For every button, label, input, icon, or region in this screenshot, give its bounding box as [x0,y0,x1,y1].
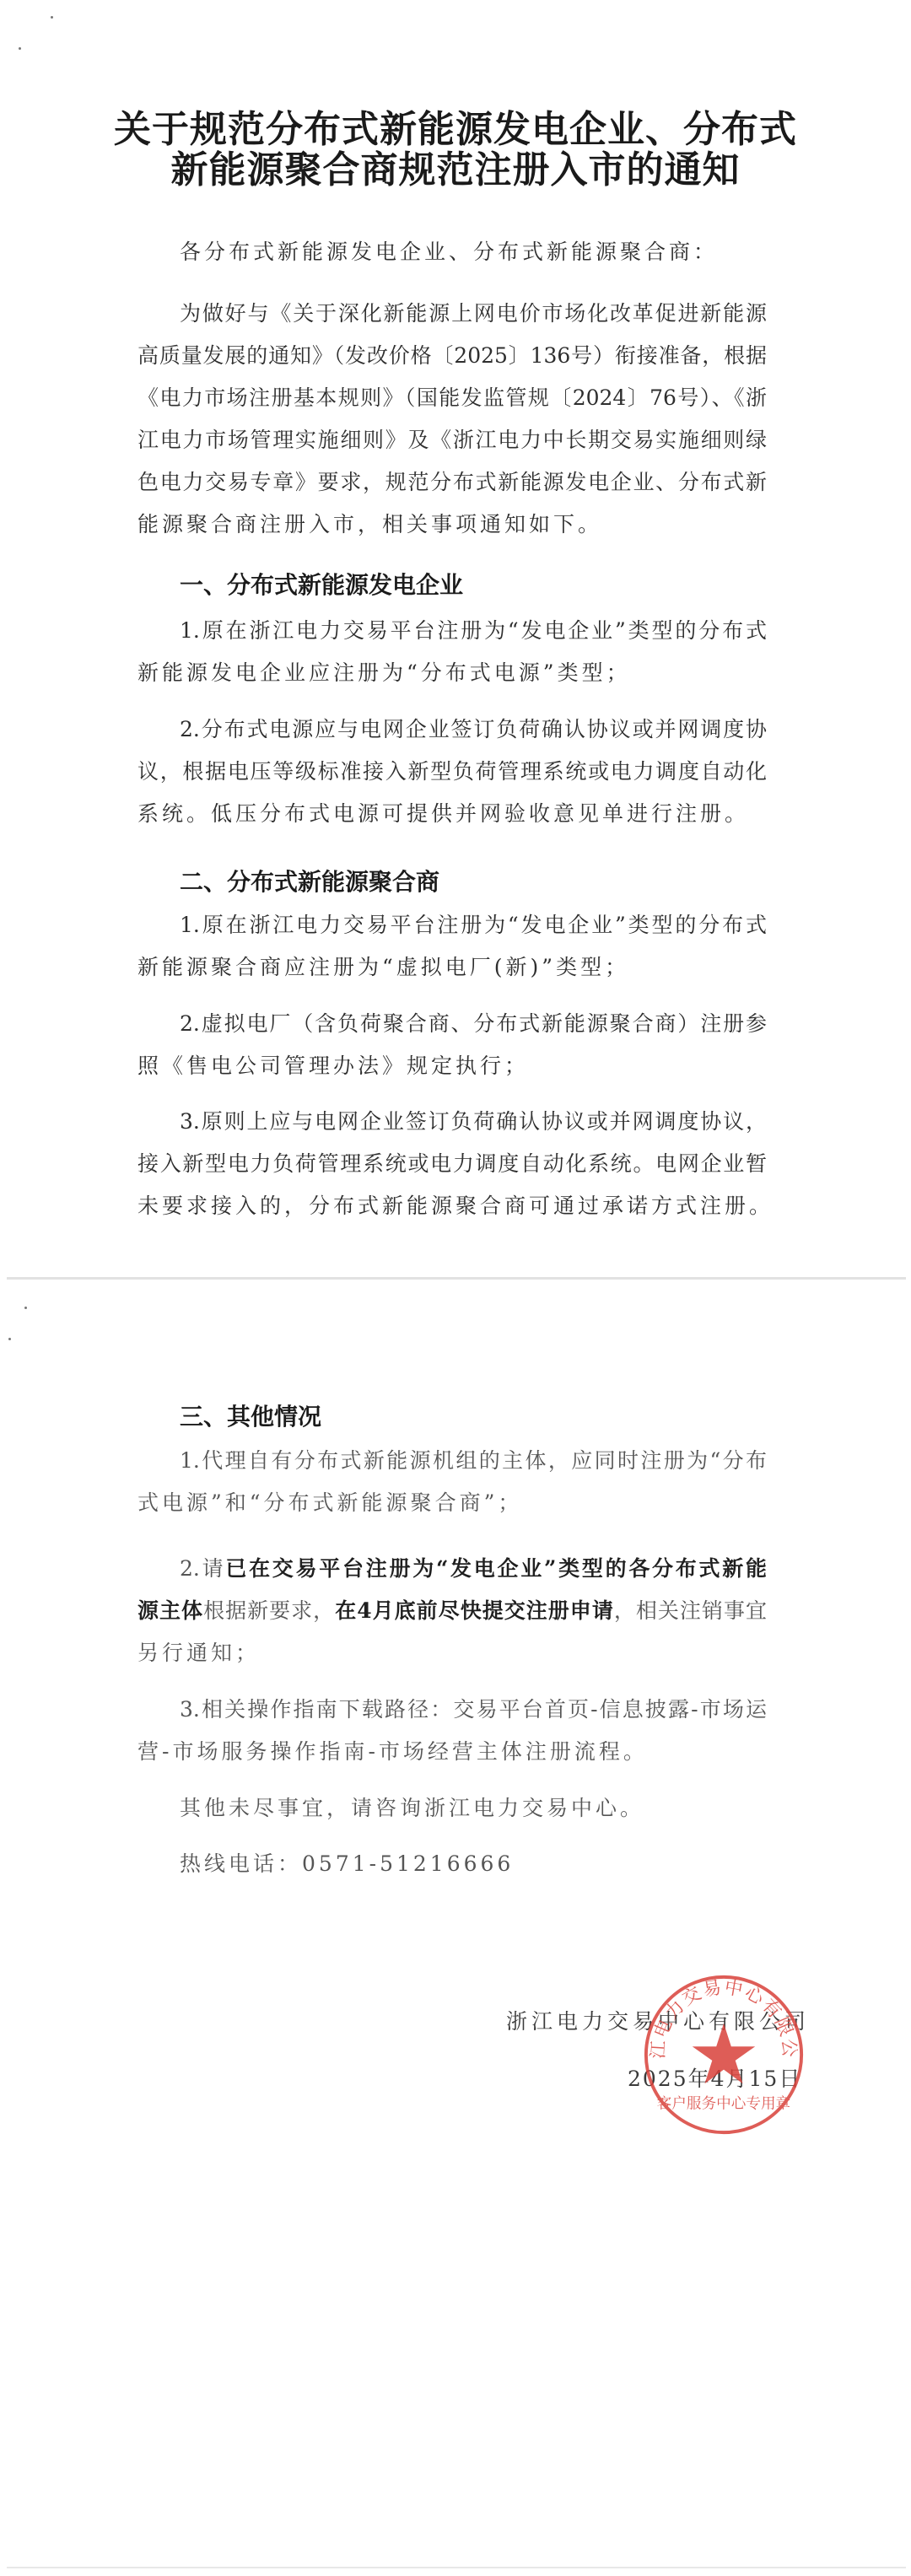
intro-line: 高质量发展的通知》（发改价格〔2025〕136号）衔接准备，根据 [137,342,767,370]
seal-inner-text: 客户服务中心专用章 [657,2095,791,2113]
section-3-item-1-line: 1.代理自有分布式新能源机组的主体，应同时注册为“分布 [180,1447,767,1475]
document-title-line-2: 新能源聚合商规范注册入市的通知 [0,148,911,192]
page-divider [7,1277,906,1280]
scan-speck [19,47,21,50]
official-seal-icon: 浙江电力交易中心有限公司 客户服务中心专用章 [641,1972,806,2137]
section-1-item-2-line: 系统。低压分布式电源可提供并网验收意见单进行注册。 [137,800,767,828]
section-heading-1: 一、分布式新能源发电企业 [180,570,463,601]
section-2-item-3-line: 未要求接入的，分布式新能源聚合商可通过承诺方式注册。 [137,1192,767,1221]
scan-speck [8,1338,11,1340]
section-3-item-3-line: 3.相关操作指南下载路径：交易平台首页-信息披露-市场运 [180,1695,767,1724]
salutation: 各分布式新能源发电企业、分布式新能源聚合商： [180,238,767,267]
intro-line: 江电力市场管理实施细则》及《浙江电力中长期交易实施细则绿 [137,426,767,455]
rich-post: ，相关注销事宜 [614,1598,767,1623]
scan-speck [51,16,53,19]
rich-bold: 源主体 [137,1598,203,1623]
section-1-item-2-line: 2.分布式电源应与电网企业签订负荷确认协议或并网调度协 [180,715,767,744]
section-heading-3: 三、其他情况 [180,1402,321,1432]
intro-line: 色电力交易专章》要求，规范分布式新能源发电企业、分布式新 [137,468,767,497]
rich-pre: 2.请 [180,1556,225,1581]
intro-line: 《电力市场注册基本规则》（国能发监管规〔2024〕76号）、《浙 [137,384,767,412]
section-2-item-1-line: 新能源聚合商应注册为“虚拟电厂(新)”类型； [137,953,767,982]
document-title-line-1: 关于规范分布式新能源发电企业、分布式 [0,108,911,152]
hotline-label: 热线电话： [180,1851,302,1876]
intro-line: 能源聚合商注册入市，相关事项通知如下。 [137,510,767,539]
intro-line: 为做好与《关于深化新能源上网电价市场化改革促进新能源 [180,299,767,328]
section-1-item-1-line: 新能源发电企业应注册为“分布式电源”类型； [137,659,767,687]
closing-text: 其他未尽事宜，请咨询浙江电力交易中心。 [180,1794,767,1823]
section-3-item-3-line: 营-市场服务操作指南-市场经营主体注册流程。 [137,1738,767,1766]
section-1-item-2-line: 议，根据电压等级标准接入新型负荷管理系统或电力调度自动化 [137,757,767,786]
section-2-item-3-line: 3.原则上应与电网企业签订负荷确认协议或并网调度协议， [180,1107,767,1136]
rich-bold-2: 在4月底前尽快提交注册申请 [335,1598,614,1623]
section-3-item-2-line: 另行通知； [137,1639,767,1668]
scan-speck [24,1307,27,1309]
rich-bold: 已在交易平台注册为“发电企业”类型的各分布式新能 [225,1556,767,1581]
page-bottom-edge [7,2567,906,2568]
section-3-item-1-line: 式电源”和“分布式新能源聚合商”； [137,1489,767,1517]
section-3-item-2-line: 源主体根据新要求，在4月底前尽快提交注册申请，相关注销事宜 [137,1597,767,1625]
rich-mid: 根据新要求， [203,1598,335,1623]
section-heading-2: 二、分布式新能源聚合商 [180,867,439,897]
section-1-item-1-line: 1.原在浙江电力交易平台注册为“发电企业”类型的分布式 [180,617,767,645]
section-2-item-2-line: 2.虚拟电厂（含负荷聚合商、分布式新能源聚合商）注册参 [180,1010,767,1038]
section-2-item-2-line: 照《售电公司管理办法》规定执行； [137,1052,767,1081]
hotline-number: 0571-51216666 [302,1851,514,1876]
section-3-item-2-line: 2.请已在交易平台注册为“发电企业”类型的各分布式新能 [180,1555,767,1583]
section-2-item-3-line: 接入新型电力负荷管理系统或电力调度自动化系统。电网企业暂 [137,1150,767,1178]
hotline: 热线电话：0571-51216666 [180,1850,767,1878]
section-2-item-1-line: 1.原在浙江电力交易平台注册为“发电企业”类型的分布式 [180,911,767,940]
